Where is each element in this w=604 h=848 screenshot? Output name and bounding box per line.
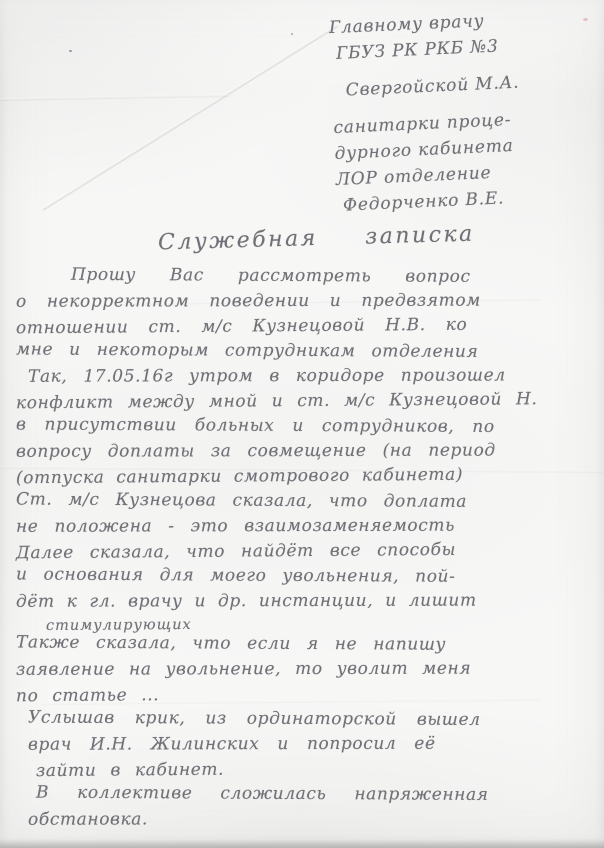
horizontal-crease [0, 94, 230, 101]
memo-title: Служебная записка [158, 222, 475, 256]
body-line: зайти в кабинет. [16, 757, 600, 787]
body-line: врач И.Н. Жилинских и попросил её [16, 733, 600, 760]
body-line: Услышав крик, из ординаторской вышел [16, 707, 600, 735]
body-line: Прошу Вас рассмотреть вопрос [16, 264, 600, 292]
body-line: обстановка. [16, 808, 600, 835]
body-line: отношении ст. м/с Кузнецовой Н.В. ко [16, 314, 600, 344]
body-line: (отпуска санитарки смотрового кабинета) [16, 464, 600, 494]
body-line: в присутствии больных и сотрудников, по [16, 414, 600, 442]
body-line: вопросу доплаты за совмещение (на период [16, 440, 600, 467]
scanned-paper-page: Главному врачу ГБУЗ РК РКБ №3 Свергойско… [0, 0, 604, 848]
paper-speck [69, 50, 72, 52]
paper-speck [291, 33, 293, 35]
body-line: дёт к гл. врачу и др. инстанции, и лишит [16, 590, 600, 617]
diagonal-fold-crease [42, 24, 339, 211]
body-line: не положена - это взаимозаменяемость [16, 515, 600, 542]
page-bottom-shadow [0, 839, 604, 848]
addressee-header: Главному врачу ГБУЗ РК РКБ №3 Свергойско… [329, 6, 604, 222]
body-line: заявление на увольнение, то уволит меня [16, 658, 600, 685]
body-line: по статье ... [16, 682, 600, 712]
body-line: и основания для моего увольнения, пой- [16, 564, 600, 592]
body-line: Ст. м/с Кузнецова сказала, что доплата [16, 489, 600, 517]
body-line: Так, 17.05.16г утром в коридоре произоше… [16, 365, 600, 392]
memo-body: Прошу Вас рассмотреть вопрос о некоррект… [16, 266, 600, 834]
body-line: Далее сказала, что найдёт все способы [16, 539, 600, 569]
header-line-recipient-name: Свергойской М.А. [331, 69, 600, 107]
body-line: мне и некоторым сотрудникам отделения [16, 339, 600, 367]
body-line: Также сказала, что если я не напишу [16, 632, 600, 660]
body-line: о некорректном поведении и предвзятом [16, 290, 600, 317]
body-line: В коллективе сложилась напряженная [16, 782, 600, 810]
body-line: конфликт между мной и ст. м/с Кузнецовой… [16, 389, 600, 419]
